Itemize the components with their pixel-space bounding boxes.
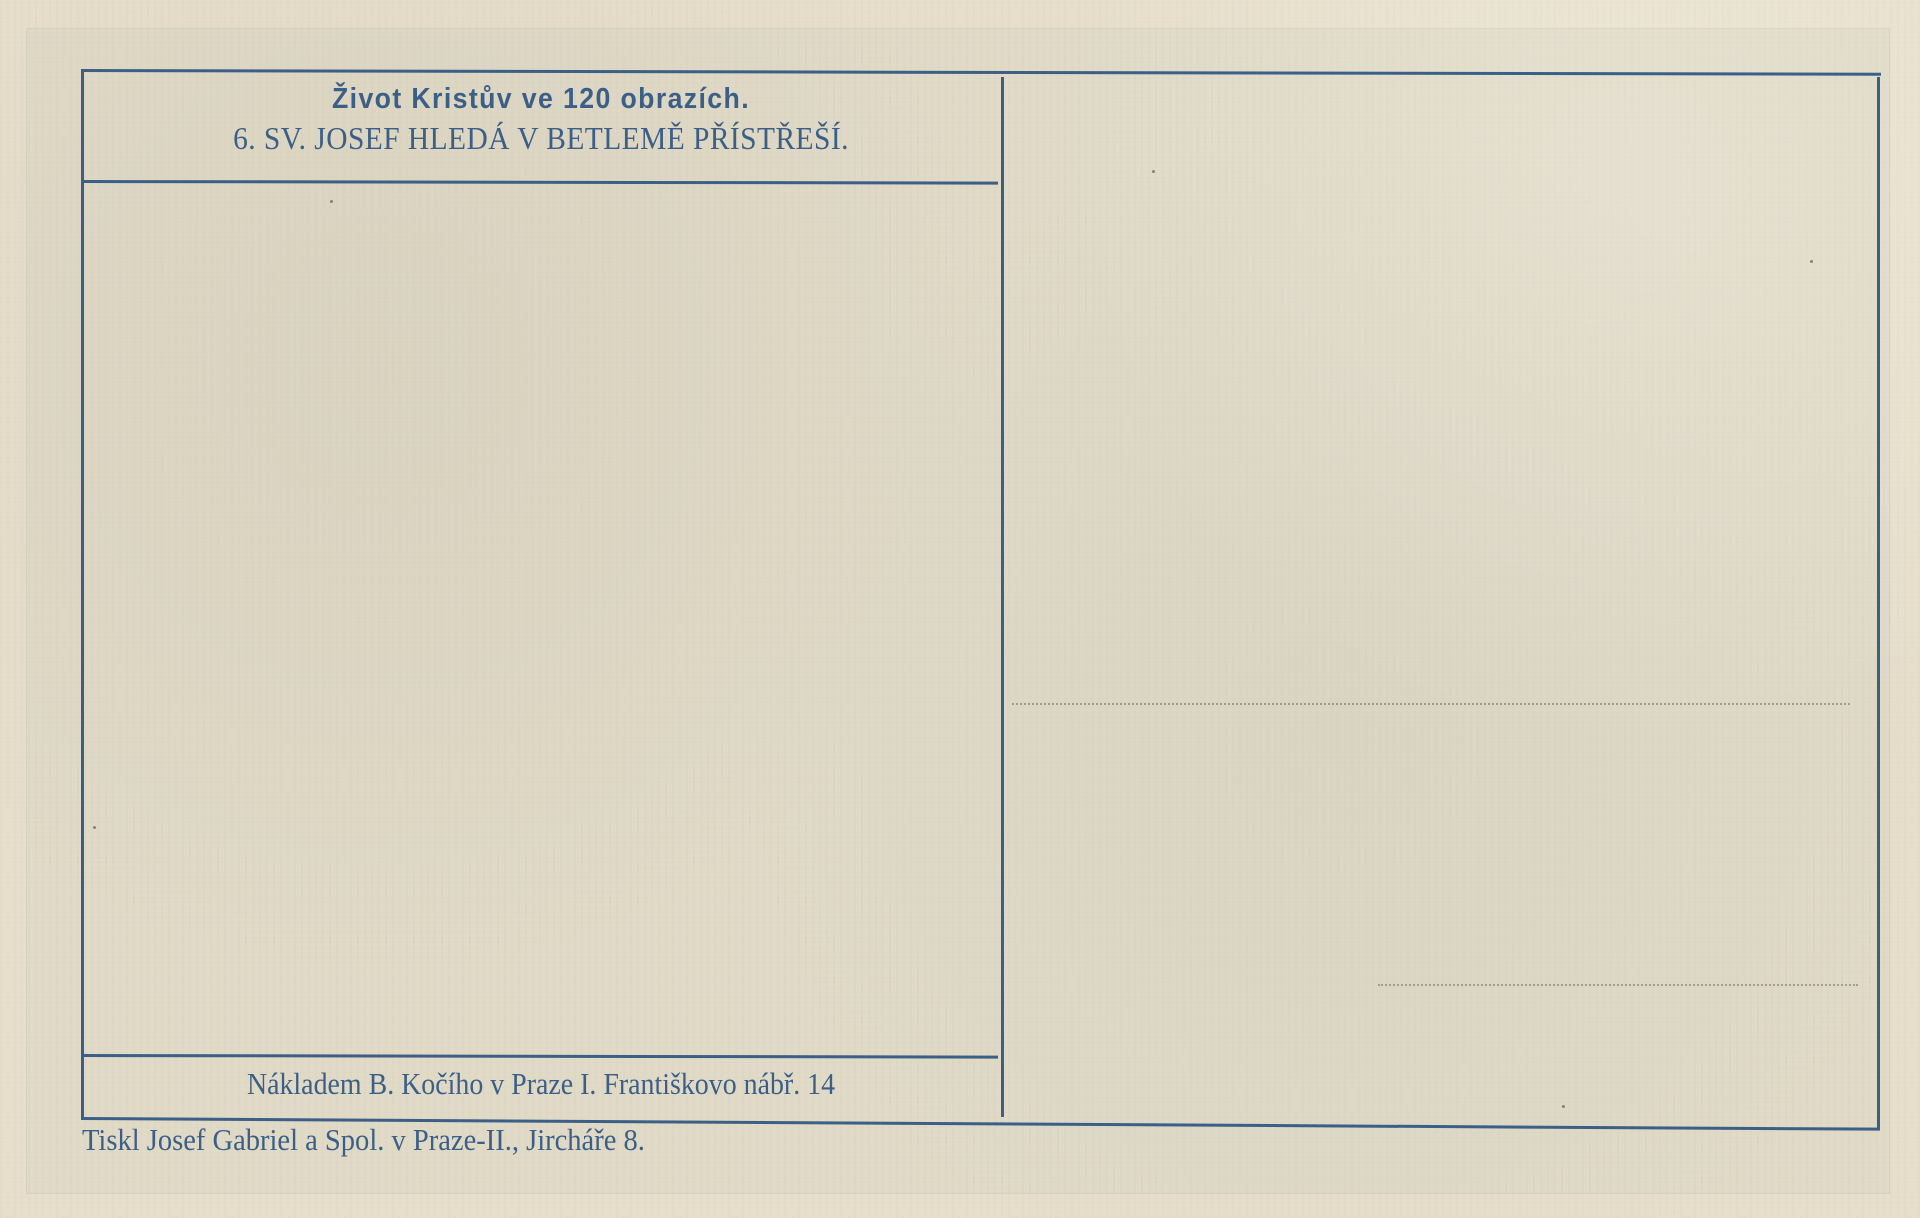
publisher-line: Nákladem B. Kočího v Praze I. Františkov… <box>130 1060 953 1108</box>
frame-right-border <box>1877 77 1880 1129</box>
message-area <box>84 184 998 1052</box>
address-line-1 <box>1012 703 1850 705</box>
address-line-2 <box>1378 984 1858 986</box>
printer-line: Tiskl Josef Gabriel a Spol. v Praze-II.,… <box>82 1118 645 1162</box>
paper-speck <box>1152 170 1155 173</box>
series-title: Život Kristův ve 120 obrazích. <box>121 80 962 118</box>
paper-speck <box>1810 260 1813 263</box>
card-title: 6. SV. JOSEF HLEDÁ V BETLEMĚ PŘÍSTŘEŠÍ. <box>121 118 962 158</box>
address-area <box>1004 78 1876 1118</box>
paper-speck <box>330 200 333 203</box>
paper-speck <box>93 826 96 829</box>
left-panel-header: Život Kristův ve 120 obrazích. 6. SV. JO… <box>84 76 998 158</box>
paper-speck <box>1562 1105 1565 1108</box>
